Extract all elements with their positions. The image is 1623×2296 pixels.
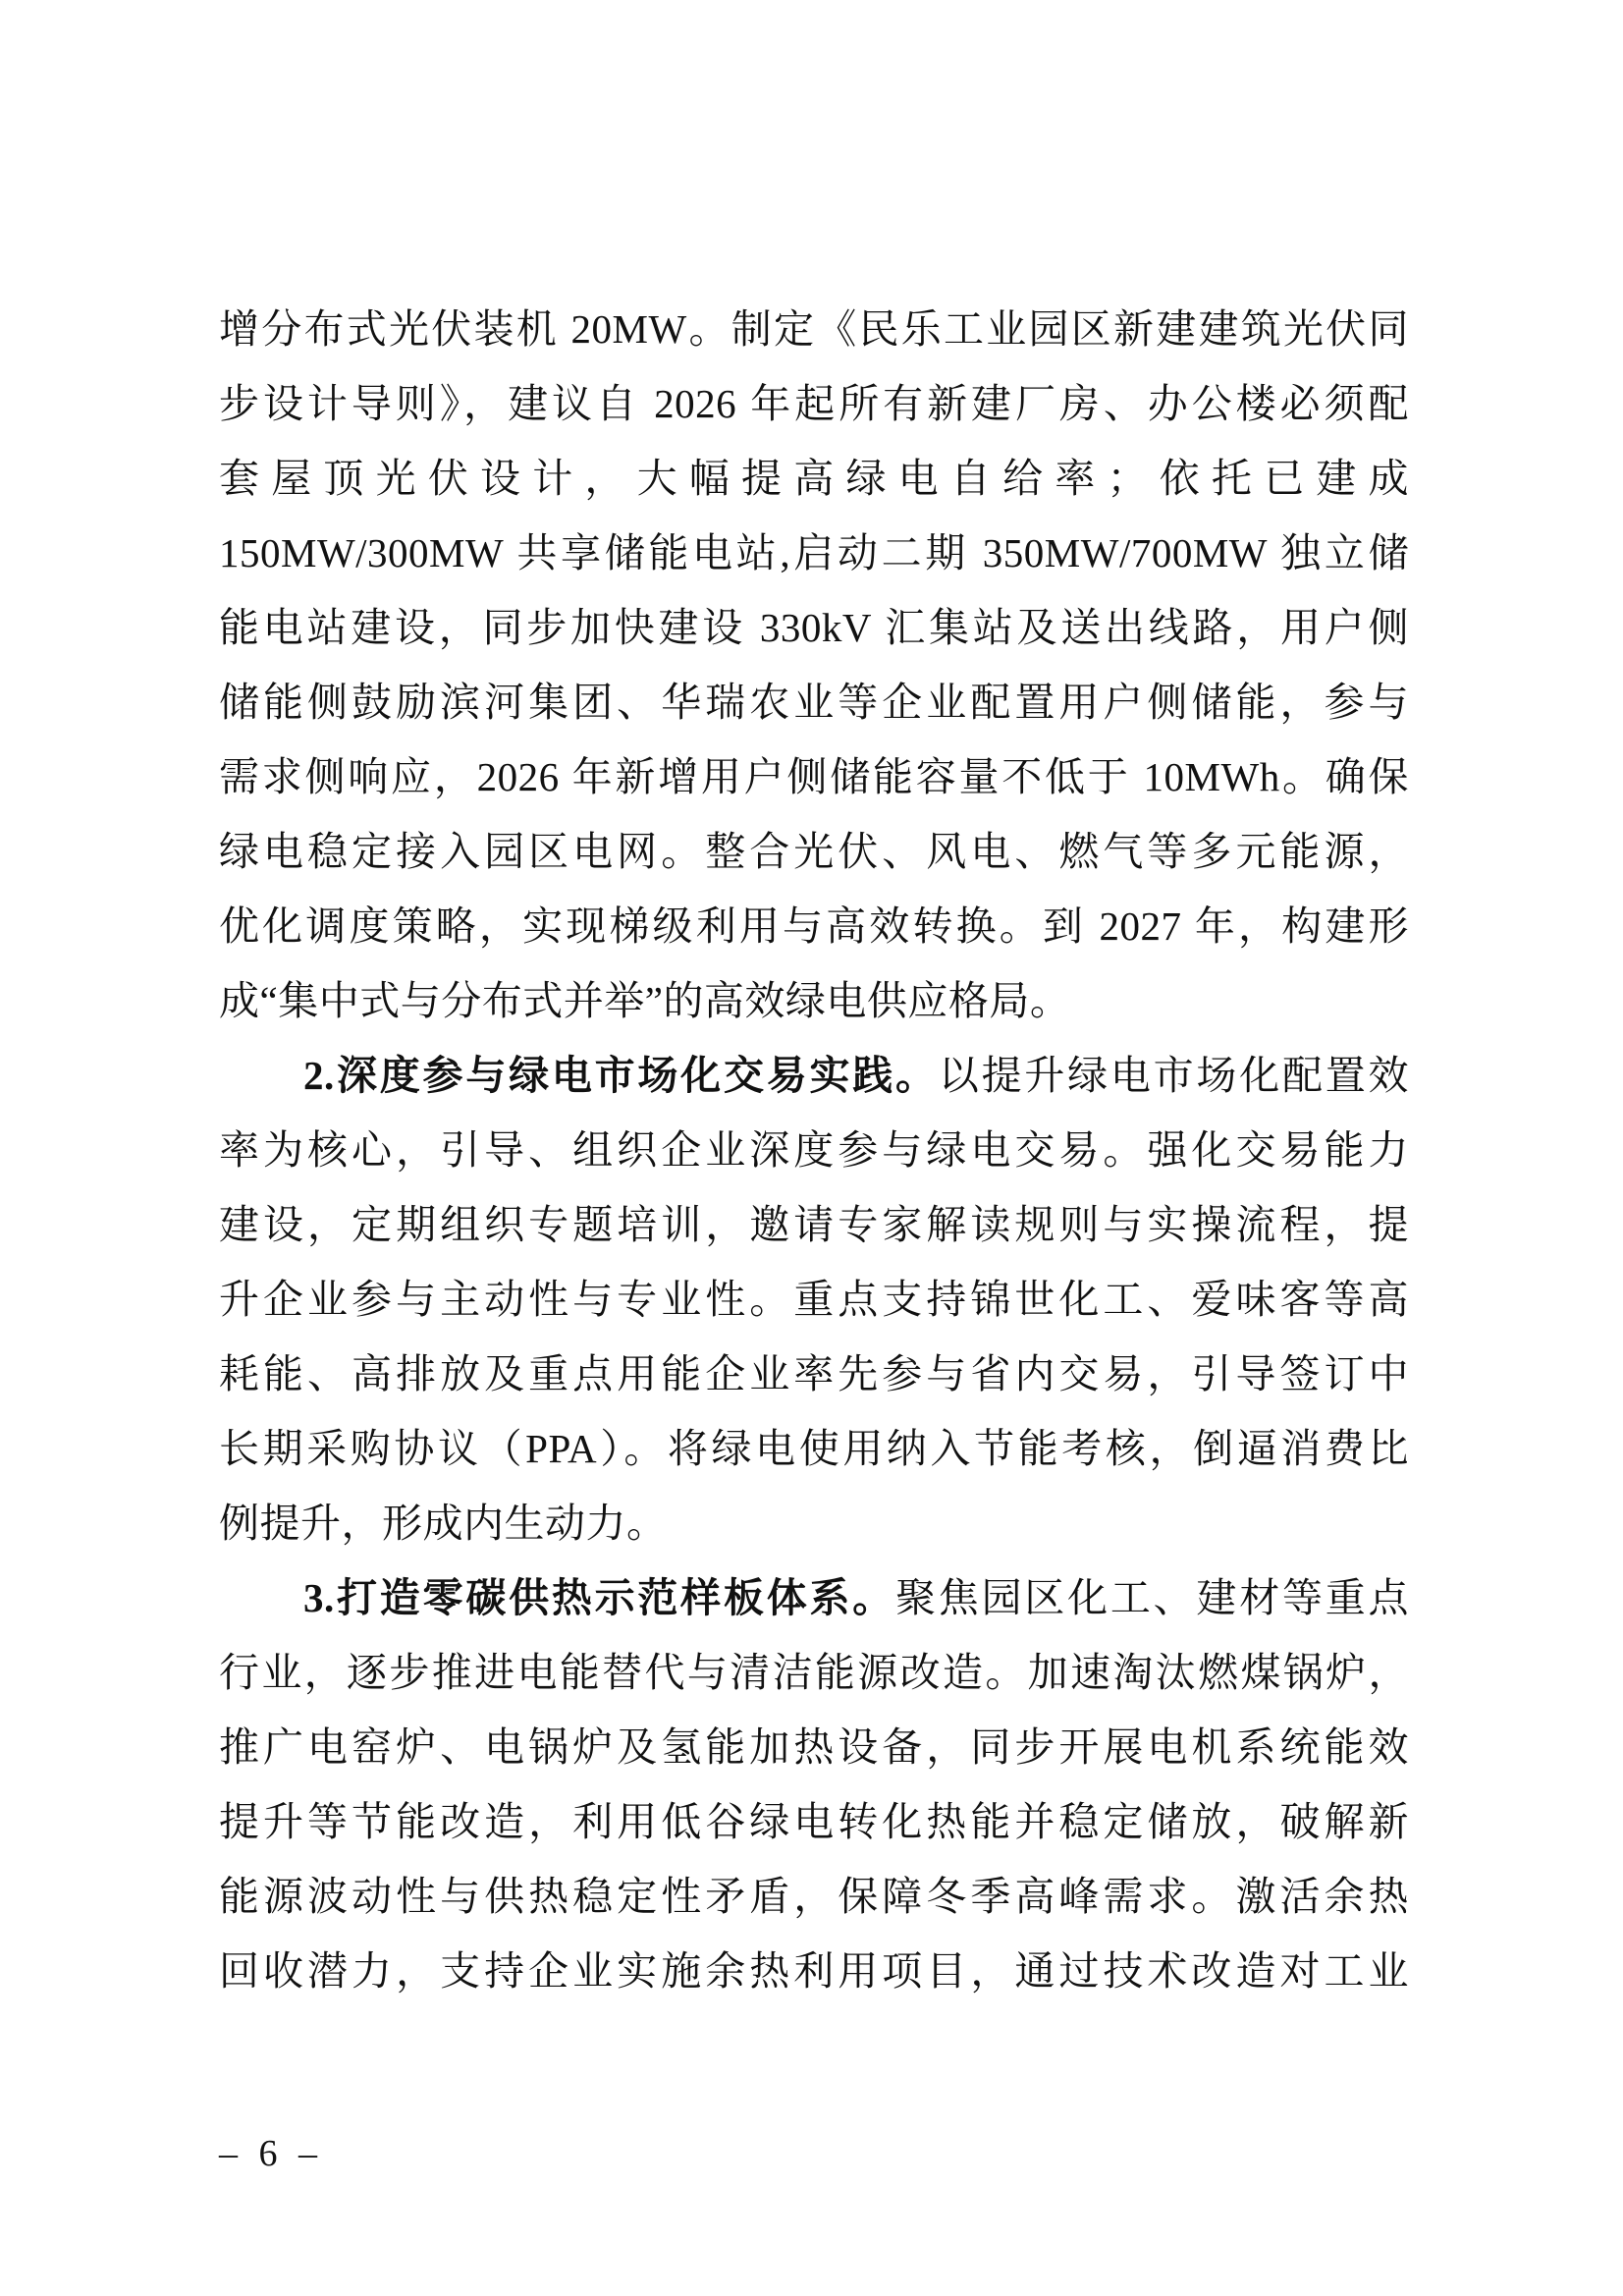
text-line: 储能侧鼓励滨河集团、华瑞农业等企业配置用户侧储能，参与 bbox=[219, 665, 1409, 739]
text-line: 成“集中式与分布式并举”的高效绿电供应格局。 bbox=[219, 963, 1409, 1038]
document-body: 增分布式光伏装机 20MW。制定《民乐工业园区新建建筑光伏同步设计导则》，建议自… bbox=[219, 292, 1409, 2008]
heading-text: 3.打造零碳供热示范样板体系。 bbox=[303, 1575, 895, 1620]
body-text: 成“集中式与分布式并举”的高效绿电供应格局。 bbox=[219, 978, 1070, 1023]
body-text: 增分布式光伏装机 20MW。制定《民乐工业园区新建建筑光伏同 bbox=[219, 306, 1409, 352]
body-text: 耗能、高排放及重点用能企业率先参与省内交易，引导签订中 bbox=[219, 1351, 1409, 1396]
text-line: 推广电窑炉、电锅炉及氢能加热设备，同步开展电机系统能效 bbox=[219, 1710, 1409, 1784]
page-number: – 6 – bbox=[219, 2129, 323, 2178]
document-page: 增分布式光伏装机 20MW。制定《民乐工业园区新建建筑光伏同步设计导则》，建议自… bbox=[0, 0, 1623, 2296]
body-text: 推广电窑炉、电锅炉及氢能加热设备，同步开展电机系统能效 bbox=[219, 1724, 1409, 1770]
body-text: 长期采购协议（PPA）。将绿电使用纳入节能考核，倒逼消费比 bbox=[219, 1426, 1409, 1471]
text-line: 增分布式光伏装机 20MW。制定《民乐工业园区新建建筑光伏同 bbox=[219, 292, 1409, 366]
text-line: 升企业参与主动性与专业性。重点支持锦世化工、爱味客等高 bbox=[219, 1262, 1409, 1337]
body-text: 例提升，形成内生动力。 bbox=[219, 1501, 668, 1546]
text-line: 优化调度策略，实现梯级利用与高效转换。到 2027 年，构建形 bbox=[219, 889, 1409, 963]
body-text: 行业，逐步推进电能替代与清洁能源改造。加速淘汰燃煤锅炉， bbox=[219, 1650, 1409, 1695]
text-line: 建设，定期组织专题培训，邀请专家解读规则与实操流程，提 bbox=[219, 1187, 1409, 1262]
text-line: 150MW/300MW 共享储能电站,启动二期 350MW/700MW 独立储 bbox=[219, 516, 1409, 590]
text-line: 回收潜力，支持企业实施余热利用项目，通过技术改造对工业 bbox=[219, 1934, 1409, 2008]
text-line: 例提升，形成内生动力。 bbox=[219, 1486, 1409, 1560]
body-text: 聚焦园区化工、建材等重点 bbox=[895, 1575, 1409, 1620]
body-text: 以提升绿电市场化配置效 bbox=[939, 1053, 1409, 1098]
text-line: 率为核心，引导、组织企业深度参与绿电交易。强化交易能力 bbox=[219, 1113, 1409, 1187]
text-line: 长期采购协议（PPA）。将绿电使用纳入节能考核，倒逼消费比 bbox=[219, 1411, 1409, 1486]
body-text: 需求侧响应，2026 年新增用户侧储能容量不低于 10MWh。确保 bbox=[219, 754, 1409, 799]
body-text: 能电站建设，同步加快建设 330kV 汇集站及送出线路，用户侧 bbox=[219, 605, 1409, 650]
paragraph-3: 3.打造零碳供热示范样板体系。聚焦园区化工、建材等重点行业，逐步推进电能替代与清… bbox=[219, 1560, 1409, 2008]
text-line: 绿电稳定接入园区电网。整合光伏、风电、燃气等多元能源， bbox=[219, 814, 1409, 889]
paragraph-2: 2.深度参与绿电市场化交易实践。以提升绿电市场化配置效率为核心，引导、组织企业深… bbox=[219, 1038, 1409, 1560]
text-line: 行业，逐步推进电能替代与清洁能源改造。加速淘汰燃煤锅炉， bbox=[219, 1635, 1409, 1710]
body-text: 建设，定期组织专题培训，邀请专家解读规则与实操流程，提 bbox=[219, 1202, 1409, 1247]
body-text: 回收潜力，支持企业实施余热利用项目，通过技术改造对工业 bbox=[219, 1948, 1409, 1994]
text-line: 能电站建设，同步加快建设 330kV 汇集站及送出线路，用户侧 bbox=[219, 590, 1409, 665]
body-text: 套屋顶光伏设计，大幅提高绿电自给率；依托已建成 bbox=[219, 456, 1409, 501]
body-text: 150MW/300MW 共享储能电站,启动二期 350MW/700MW 独立储 bbox=[219, 530, 1409, 575]
body-text: 绿电稳定接入园区电网。整合光伏、风电、燃气等多元能源， bbox=[219, 829, 1409, 874]
body-text: 提升等节能改造，利用低谷绿电转化热能并稳定储放，破解新 bbox=[219, 1799, 1409, 1844]
text-line: 耗能、高排放及重点用能企业率先参与省内交易，引导签订中 bbox=[219, 1337, 1409, 1411]
body-text: 率为核心，引导、组织企业深度参与绿电交易。强化交易能力 bbox=[219, 1127, 1409, 1173]
text-line: 能源波动性与供热稳定性矛盾，保障冬季高峰需求。激活余热 bbox=[219, 1859, 1409, 1934]
body-text: 步设计导则》，建议自 2026 年起所有新建厂房、办公楼必须配 bbox=[219, 381, 1409, 426]
text-line: 提升等节能改造，利用低谷绿电转化热能并稳定储放，破解新 bbox=[219, 1784, 1409, 1859]
body-text: 能源波动性与供热稳定性矛盾，保障冬季高峰需求。激活余热 bbox=[219, 1874, 1409, 1919]
body-text: 升企业参与主动性与专业性。重点支持锦世化工、爱味客等高 bbox=[219, 1277, 1409, 1322]
body-text: 优化调度策略，实现梯级利用与高效转换。到 2027 年，构建形 bbox=[219, 903, 1409, 949]
heading-text: 2.深度参与绿电市场化交易实践。 bbox=[303, 1053, 939, 1098]
body-text: 储能侧鼓励滨河集团、华瑞农业等企业配置用户侧储能，参与 bbox=[219, 680, 1409, 725]
paragraph-1: 增分布式光伏装机 20MW。制定《民乐工业园区新建建筑光伏同步设计导则》，建议自… bbox=[219, 292, 1409, 1038]
text-line: 套屋顶光伏设计，大幅提高绿电自给率；依托已建成 bbox=[219, 441, 1409, 516]
text-line: 2.深度参与绿电市场化交易实践。以提升绿电市场化配置效 bbox=[219, 1038, 1409, 1113]
text-line: 3.打造零碳供热示范样板体系。聚焦园区化工、建材等重点 bbox=[219, 1560, 1409, 1635]
text-line: 需求侧响应，2026 年新增用户侧储能容量不低于 10MWh。确保 bbox=[219, 739, 1409, 814]
text-line: 步设计导则》，建议自 2026 年起所有新建厂房、办公楼必须配 bbox=[219, 366, 1409, 441]
